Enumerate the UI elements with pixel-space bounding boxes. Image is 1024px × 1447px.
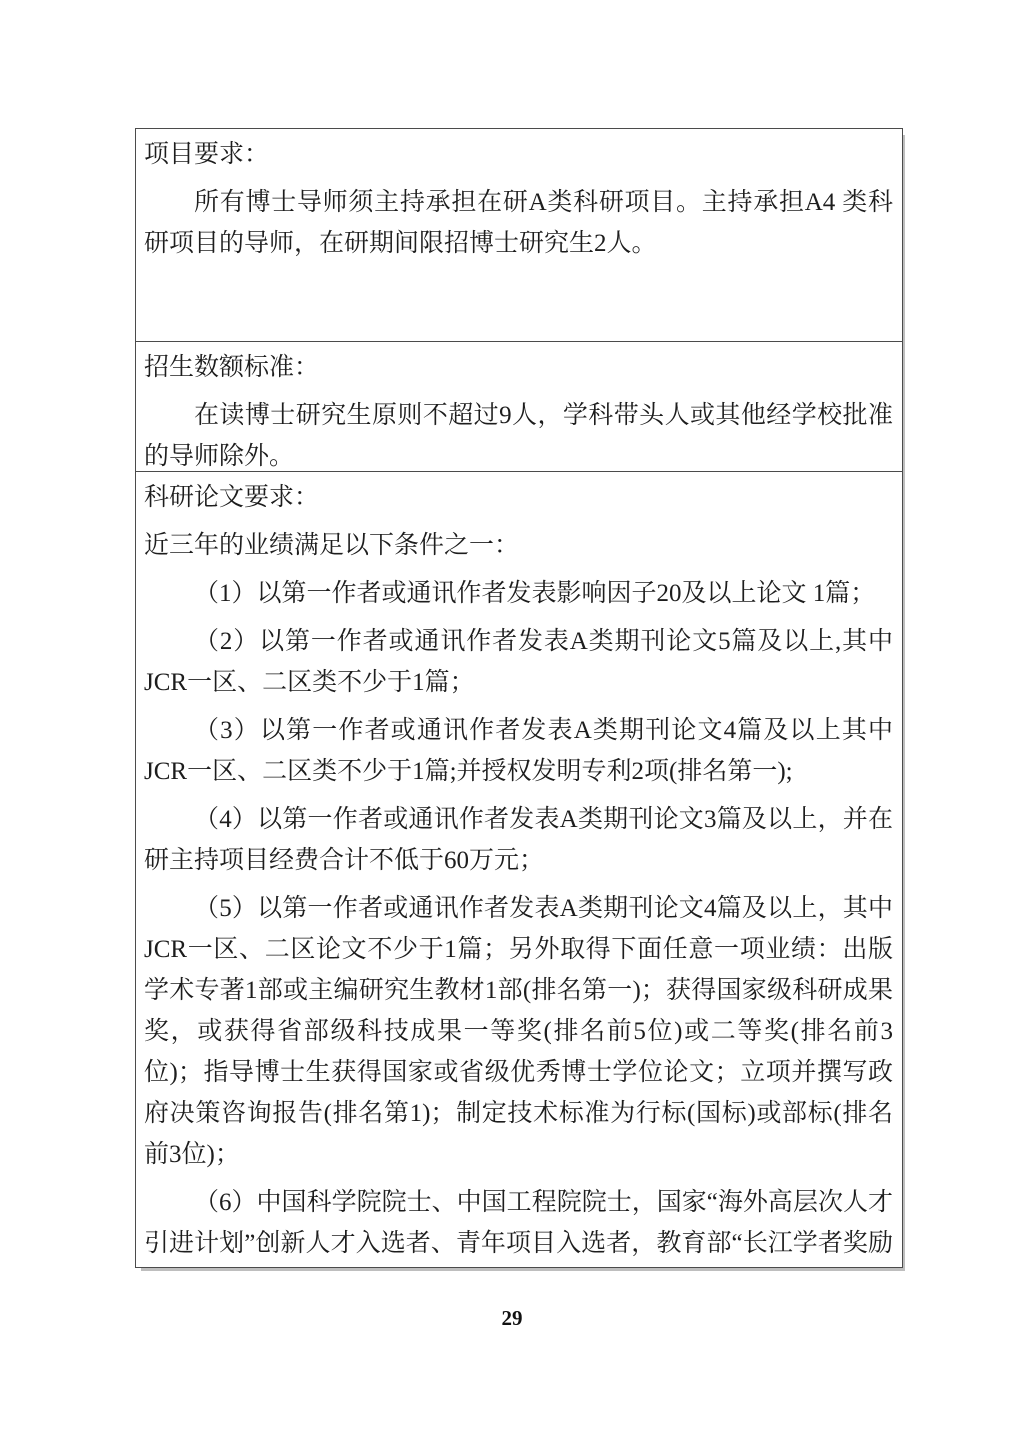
criteria-item-3: （3）以第一作者或通讯作者发表A类期刊论文4篇及以上其中 JCR一区、二区类不少…: [144, 710, 893, 792]
criteria-item-6: （6）中国科学院院士、中国工程院院士，国家“海外高层次人才引进计划”创新人才入选…: [144, 1182, 893, 1267]
criteria-intro: 近三年的业绩满足以下条件之一：: [144, 525, 893, 566]
section-label-quota: 招生数额标准：: [144, 347, 893, 388]
project-paragraph: 所有博士导师须主持承担在研A类科研项目。主持承担A4 类科研项目的导师，在研期间…: [144, 182, 893, 264]
section-label-project: 项目要求：: [144, 134, 893, 175]
requirements-table: 项目要求： 所有博士导师须主持承担在研A类科研项目。主持承担A4 类科研项目的导…: [135, 128, 903, 1268]
page-number: 29: [0, 1306, 1024, 1331]
table-row-paper-requirements: 科研论文要求： 近三年的业绩满足以下条件之一： （1）以第一作者或通讯作者发表影…: [136, 472, 902, 1267]
table-row-project-requirements: 项目要求： 所有博士导师须主持承担在研A类科研项目。主持承担A4 类科研项目的导…: [136, 129, 902, 342]
table-row-enrollment-quota: 招生数额标准： 在读博士研究生原则不超过9人，学科带头人或其他经学校批准的导师除…: [136, 342, 902, 472]
criteria-item-1: （1）以第一作者或通讯作者发表影响因子20及以上论文 1篇；: [144, 573, 893, 614]
criteria-item-2: （2）以第一作者或通讯作者发表A类期刊论文5篇及以上,其中 JCR一区、二区类不…: [144, 621, 893, 703]
quota-paragraph: 在读博士研究生原则不超过9人，学科带头人或其他经学校批准的导师除外。: [144, 395, 893, 472]
section-label-papers: 科研论文要求：: [144, 477, 893, 518]
criteria-item-5: （5）以第一作者或通讯作者发表A类期刊论文4篇及以上，其中JCR一区、二区论文不…: [144, 888, 893, 1175]
criteria-item-4: （4）以第一作者或通讯作者发表A类期刊论文3篇及以上，并在研主持项目经费合计不低…: [144, 799, 893, 881]
